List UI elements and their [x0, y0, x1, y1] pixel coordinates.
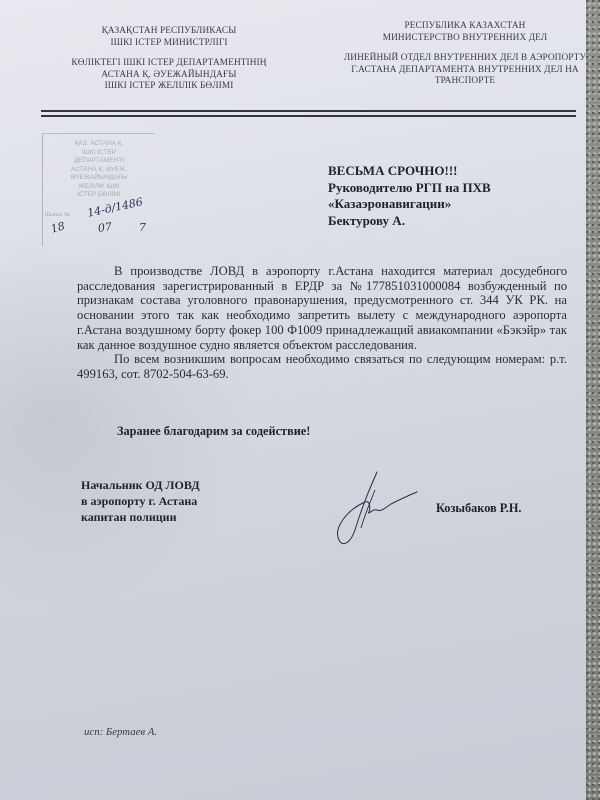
signatory-title: капитан полиции	[81, 509, 200, 525]
stamp-reg-label: Шығыс №	[45, 211, 70, 220]
executor-note: исп: Бертаев А.	[84, 726, 157, 738]
addressee-line: «Казаэронавигации»	[328, 196, 491, 213]
stamp-line: ЖЕЛІЛІК ІШКІ	[43, 183, 155, 192]
signatory-title: в аэропорту г. Астана	[81, 493, 200, 509]
header-kazakh-line: ІШКІ ІСТЕР МИНИСТРЛІГІ	[44, 38, 294, 50]
closing-line: Заранее благодарим за содействие!	[117, 424, 310, 439]
registration-stamp: ҚАЗ. АСТАНА Қ. ІШКІ ІСТЕР ДЕПАРТАМЕНТІ А…	[42, 133, 155, 246]
header-kazakh-line: АСТАНА Қ. ӘУЕЖАЙЫНДАҒЫ	[44, 70, 294, 82]
stamp-line: АСТАНА Қ. ӘУЕЖ.	[43, 166, 155, 175]
header-russian: РЕСПУБЛИКА КАЗАХСТАН МИНИСТЕРСТВО ВНУТРЕ…	[335, 21, 595, 88]
addressee-line: Бектурову А.	[328, 213, 491, 230]
header-russian-line: РЕСПУБЛИКА КАЗАХСТАН	[335, 21, 595, 33]
letter-page: ҚАЗАҚСТАН РЕСПУБЛИКАСЫ ІШКІ ІСТЕР МИНИСТ…	[0, 0, 587, 800]
stamp-line: ІШКІ ІСТЕР	[43, 149, 155, 158]
header-russian-line: МИНИСТЕРСТВО ВНУТРЕННИХ ДЕЛ	[335, 33, 595, 45]
stamp-line: ӘУЕЖАЙЫНДАҒЫ	[43, 174, 155, 183]
addressee-line: Руководителю РГП на ПХВ	[328, 180, 491, 197]
body-paragraph: В производстве ЛОВД в аэропорту г.Астана…	[77, 264, 567, 352]
signatory-title: Начальник ОД ЛОВД	[81, 477, 200, 493]
stamp-month: 07	[97, 223, 112, 233]
body-paragraph: По всем возникшим вопросам необходимо св…	[77, 352, 567, 381]
header-kazakh-line: КӨЛІКТЕГІ ІШКІ ІСТЕР ДЕПАРТАМЕНТІНІҢ	[44, 58, 294, 70]
stamp-line: ДЕПАРТАМЕНТІ	[43, 157, 155, 166]
addressee-block: ВЕСЬМА СРОЧНО!!! Руководителю РГП на ПХВ…	[328, 163, 491, 229]
header-kazakh-line: ІШКІ ІСТЕР ЖЕЛІЛІК БӨЛІМІ	[44, 81, 294, 93]
stamp-line: ҚАЗ. АСТАНА Қ.	[43, 140, 155, 149]
granite-surface	[586, 0, 600, 800]
urgency-label: ВЕСЬМА СРОЧНО!!!	[328, 163, 491, 180]
header-divider-top	[41, 110, 576, 112]
header-kazakh: ҚАЗАҚСТАН РЕСПУБЛИКАСЫ ІШКІ ІСТЕР МИНИСТ…	[44, 26, 294, 93]
header-russian-line: ЛИНЕЙНЫЙ ОТДЕЛ ВНУТРЕННИХ ДЕЛ В АЭРОПОРТ…	[335, 53, 595, 65]
header-russian-line: ТРАНСПОРТЕ	[335, 76, 595, 88]
stamp-reg-number: 14-д/1486	[87, 198, 144, 218]
letter-body: В производстве ЛОВД в аэропорту г.Астана…	[77, 264, 567, 382]
header-kazakh-line: ҚАЗАҚСТАН РЕСПУБЛИКАСЫ	[44, 26, 294, 38]
handwritten-signature-icon	[325, 470, 420, 550]
signatory-title-block: Начальник ОД ЛОВД в аэропорту г. Астана …	[81, 477, 200, 525]
stamp-day: 18	[50, 222, 66, 234]
header-russian-line: Г.АСТАНА ДЕПАРТАМЕНТА ВНУТРЕННИХ ДЕЛ НА	[335, 65, 595, 77]
header-divider-bottom	[41, 115, 576, 117]
signatory-name: Козыбаков Р.Н.	[436, 501, 521, 516]
stamp-year: 7	[139, 224, 146, 233]
